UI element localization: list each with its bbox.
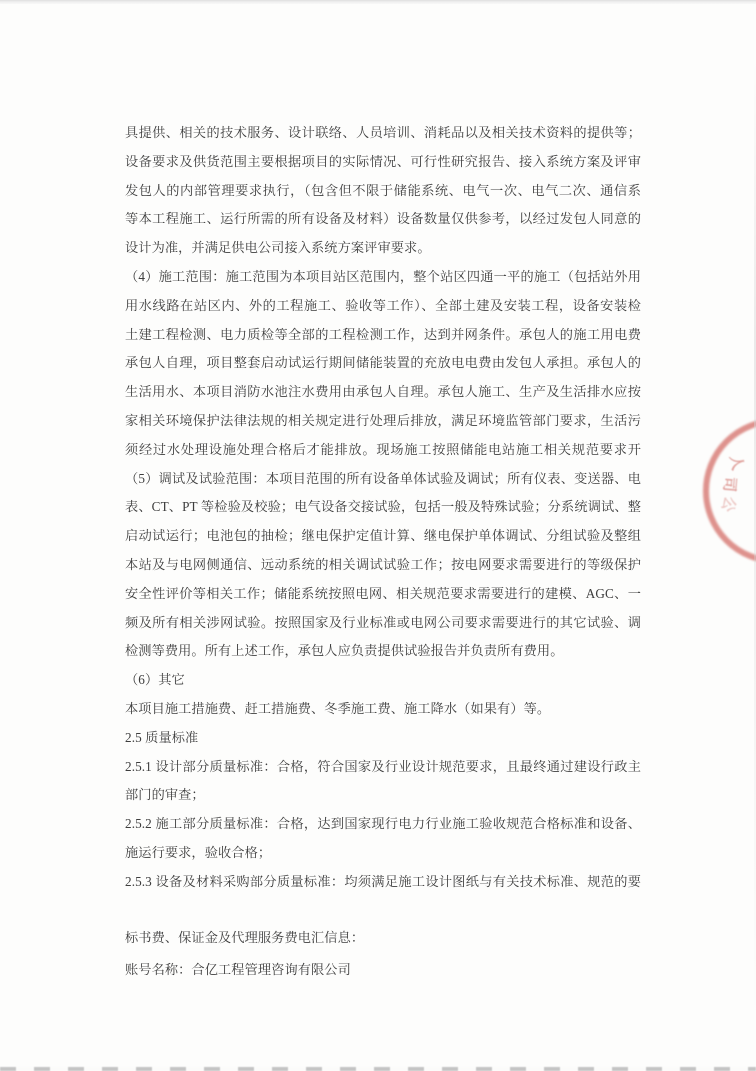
text-line: 用水线路在站区内、外的工程施工、验收等工作）、全部土建及安装工程，设备安装检测、 xyxy=(125,292,641,321)
seal-character: 人 xyxy=(726,453,750,472)
text-line: 家相关环境保护法律法规的相关规定进行处理后排放，满足环境监管部门要求，生活污水必 xyxy=(125,407,641,436)
document-page: 具提供、相关的技术服务、设计联络、人员培训、消耗品以及相关技术资料的提供等；材料… xyxy=(0,0,756,1071)
seal-character: 公 xyxy=(717,494,742,515)
payment-info-block: 标书费、保证金及代理服务费电汇信息： 账号名称：合亿工程管理咨询有限公司 xyxy=(125,922,641,986)
text-line: （5）调试及试验范围：本项目范围的所有设备单体试验及调试；所有仪表、变送器、电能 xyxy=(125,465,641,494)
text-line: 安全性评价等相关工作；储能系统按照电网、相关规范要求需要进行的建模、AGC、一次… xyxy=(125,580,641,609)
text-line: 2.5.1 设计部分质量标准：合格，符合国家及行业设计规范要求，且最终通过建设行… xyxy=(125,753,641,782)
document-body: 具提供、相关的技术服务、设计联络、人员培训、消耗品以及相关技术资料的提供等；材料… xyxy=(125,119,641,897)
seal-character: 司 xyxy=(719,476,741,493)
text-line: 2.5.3 设备及材料采购部分质量标准：均须满足施工设计图纸与有关技术标准、规范… xyxy=(125,868,641,897)
text-line: 设备要求及供货范围主要根据项目的实际情况、可行性研究报告、接入系统方案及评审意见… xyxy=(125,148,641,177)
text-line: 2.5.2 施工部分质量标准：合格，达到国家现行电力行业施工验收规范合格标准和设… xyxy=(125,810,641,839)
text-line: （4）施工范围：施工范围为本项目站区范围内，整个站区四通一平的施工（包括站外用电… xyxy=(125,263,641,292)
payment-info-title: 标书费、保证金及代理服务费电汇信息： xyxy=(125,922,641,954)
scan-top-edge xyxy=(0,0,756,4)
scan-bottom-edge xyxy=(0,1067,756,1071)
red-seal-stamp: 人 司 公 xyxy=(690,400,756,570)
text-line: 生活用水、本项目消防水池注水费用由承包人自理。承包人施工、生产及生活排水应按照国 xyxy=(125,378,641,407)
text-line: 具提供、相关的技术服务、设计联络、人员培训、消耗品以及相关技术资料的提供等；材料… xyxy=(125,119,641,148)
account-name-line: 账号名称：合亿工程管理咨询有限公司 xyxy=(125,954,641,986)
seal-arc xyxy=(703,418,756,564)
text-line: 本站及与电网侧通信、远动系统的相关调试试验工作；按电网要求需要进行的等级保护测评… xyxy=(125,551,641,580)
text-line: 发包人的内部管理要求执行，（包含但不限于储能系统、电气一次、电气二次、通信系统， xyxy=(125,177,641,206)
text-line: 须经过水处理设施处理合格后才能排放。现场施工按照储能电站施工相关规范要求开展。 xyxy=(125,436,641,465)
text-line: 检测等费用。所有上述工作，承包人应负责提供试验报告并负责所有费用。 xyxy=(125,637,641,666)
text-line: 施运行要求，验收合格； xyxy=(125,839,641,868)
section-heading: 2.5 质量标准 xyxy=(125,724,641,753)
text-line: 土建工程检测、电力质检等全部的工程检测工作，达到并网条件。承包人的施工用电费用由 xyxy=(125,321,641,350)
text-line: 部门的审查； xyxy=(125,781,641,810)
text-line: 启动试运行；电池包的抽检；继电保护定值计算、继电保护单体调试、分组试验及整组试验… xyxy=(125,522,641,551)
text-line: 设计为准，并满足供电公司接入系统方案评审要求。 xyxy=(125,234,641,263)
text-line: 表、CT、PT 等检验及校验；电气设备交接试验，包括一般及特殊试验；分系统调试、… xyxy=(125,493,641,522)
text-line: 承包人自理，项目整套启动试运行期间储能装置的充放电电费由发包人承担。承包人的施工… xyxy=(125,349,641,378)
text-line: 等本工程施工、运行所需的所有设备及材料）设备数量仅供参考，以经过发包人同意的最终 xyxy=(125,205,641,234)
text-line: 频及所有相关涉网试验。按照国家及行业标准或电网公司要求需要进行的其它试验、调试、 xyxy=(125,609,641,638)
text-line: （6）其它 xyxy=(125,666,641,695)
text-line: 本项目施工措施费、赶工措施费、冬季施工费、施工降水（如果有）等。 xyxy=(125,695,641,724)
